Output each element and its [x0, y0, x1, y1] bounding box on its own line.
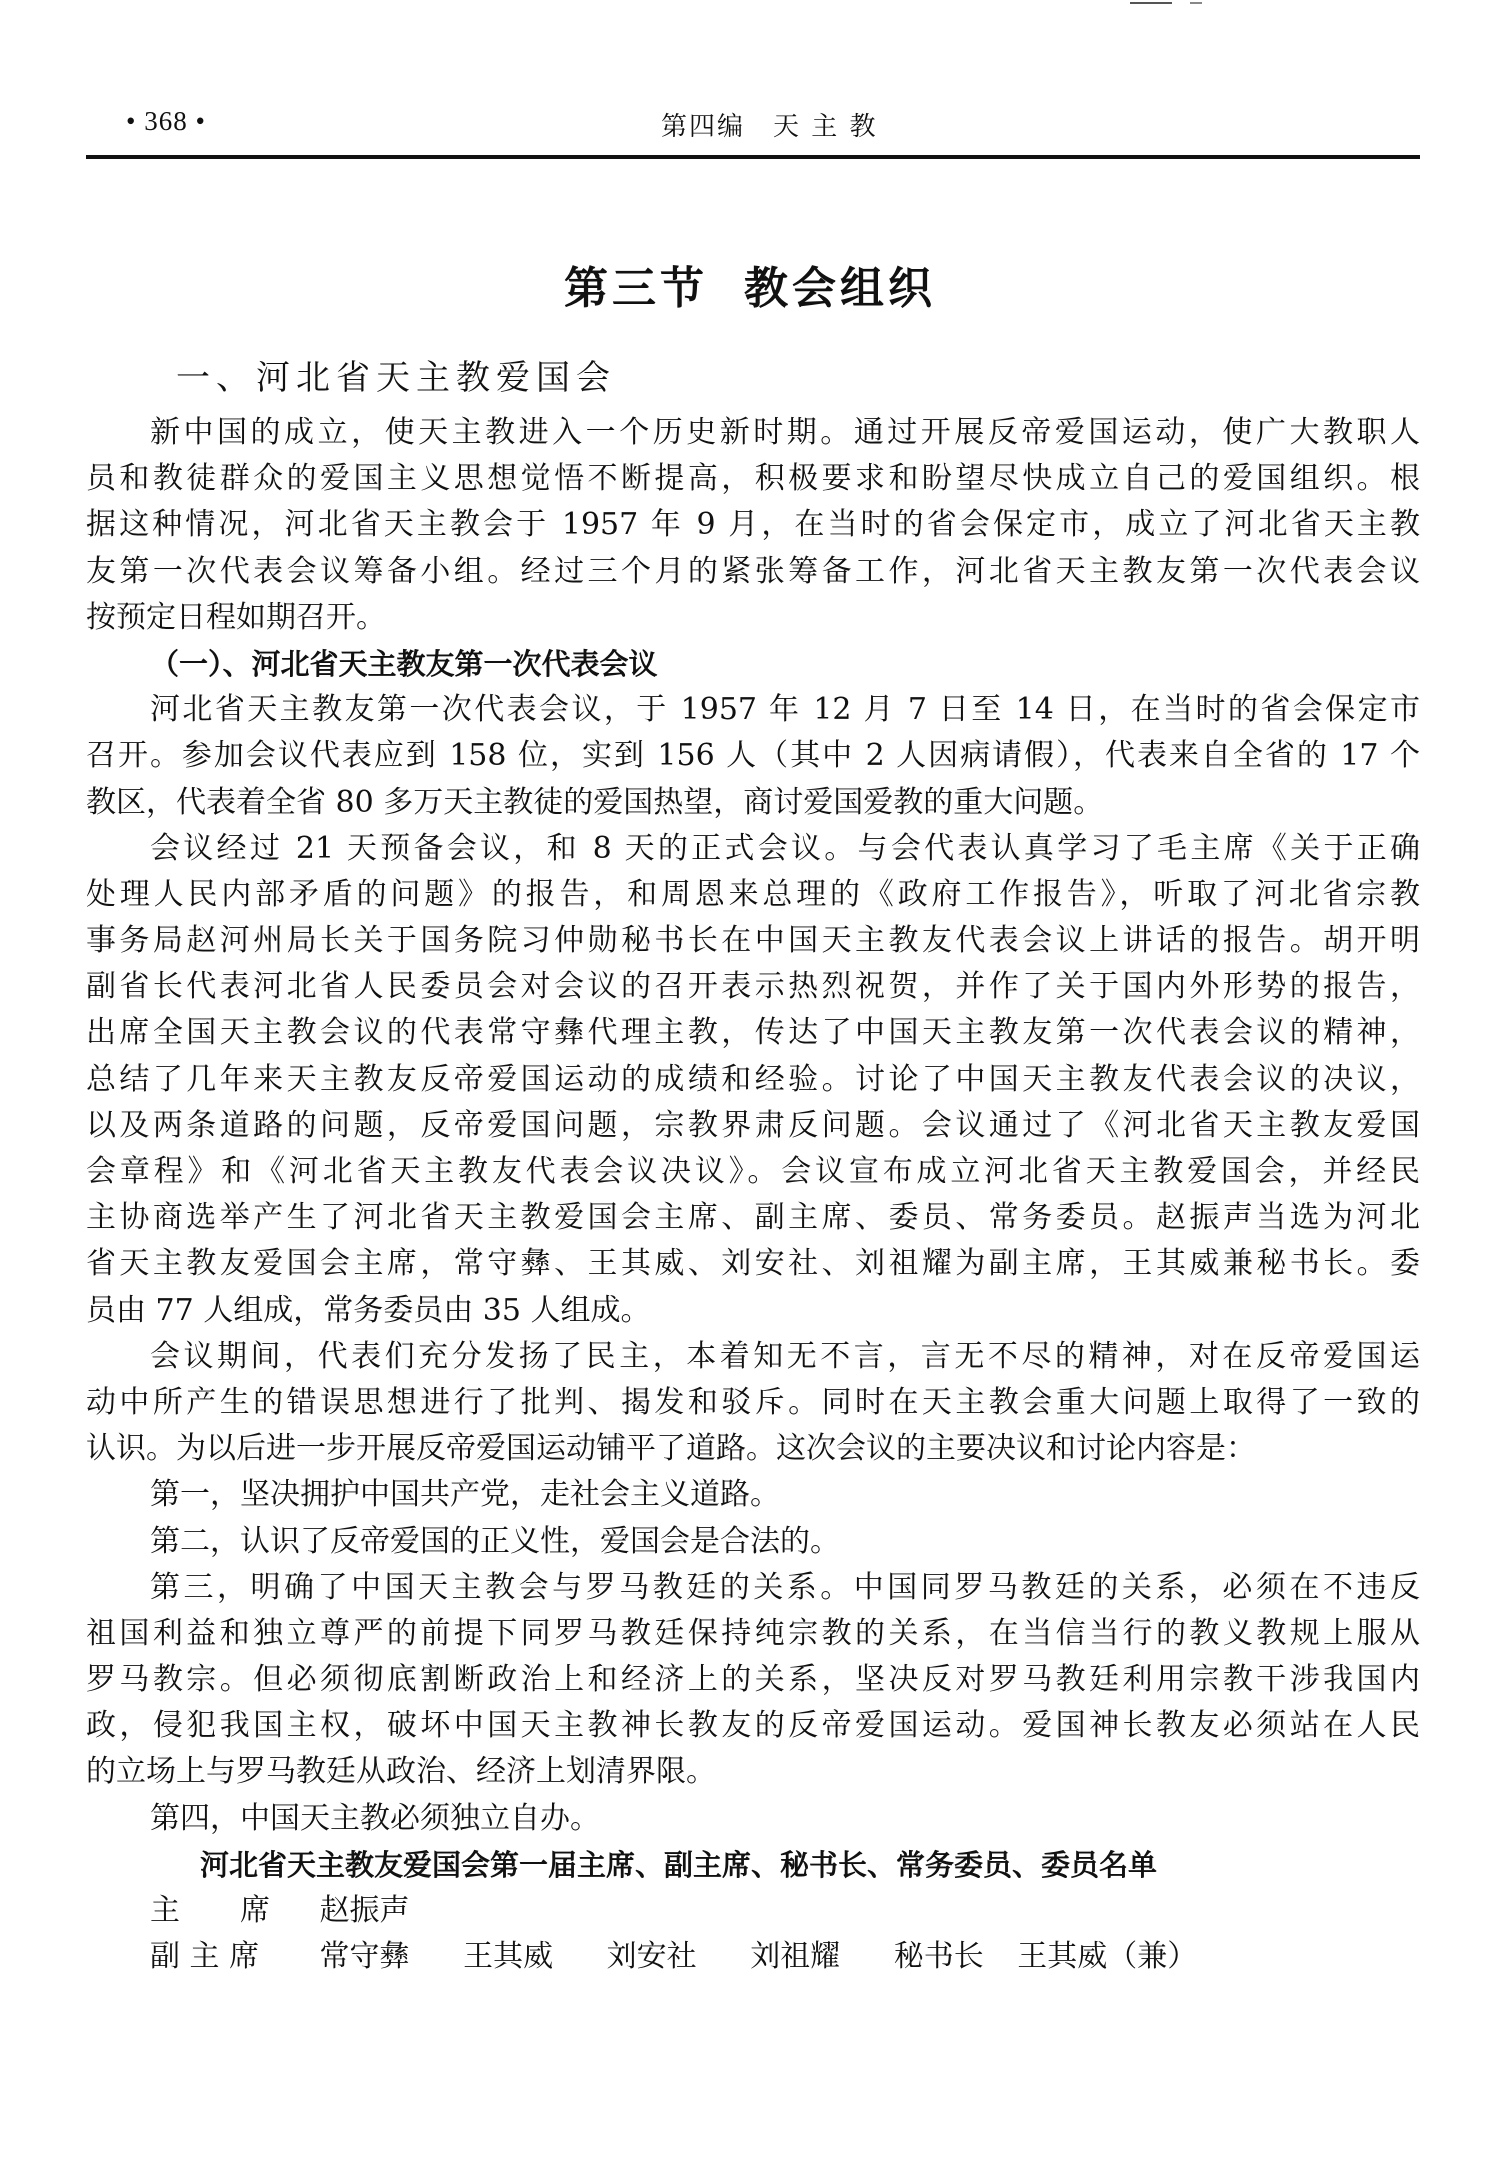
paragraph-line: 员和教徒群众的爱国主义思想觉悟不断提高，积极要求和盼望尽快成立自己的爱国组织。根	[86, 456, 1420, 502]
scan-artifact	[1190, 2, 1202, 4]
subsection-heading: 一、河北省天主教爱国会	[176, 350, 616, 399]
scan-artifact	[1130, 2, 1172, 4]
roster-name: 刘祖耀	[750, 1934, 840, 1980]
paragraph-line: 以及两条道路的问题，反帝爱国问题，宗教界肃反问题。会议通过了《河北省天主教友爱国	[86, 1103, 1420, 1149]
body-text: 新中国的成立，使天主教进入一个历史新时期。通过开展反帝爱国运动，使广大教职人 员…	[86, 410, 1420, 1980]
section-name: 教会组织	[744, 263, 936, 314]
roster-role: 主 席	[150, 1888, 310, 1934]
paragraph-line: 员由 77 人组成，常务委员由 35 人组成。	[86, 1288, 1420, 1334]
paragraph-line: 河北省天主教友第一次代表会议，于 1957 年 12 月 7 日至 14 日，在…	[86, 687, 1420, 733]
header-rule	[86, 155, 1420, 159]
resolution-item: 第三，明确了中国天主教会与罗马教廷的关系。中国同罗马教廷的关系，必须在不违反	[86, 1565, 1420, 1611]
resolution-line: 的立场上与罗马教廷从政治、经济上划清界限。	[86, 1749, 1420, 1795]
paragraph-line: 出席全国天主教会议的代表常守彝代理主教，传达了中国天主教友第一次代表会议的精神，	[86, 1010, 1420, 1056]
paragraph-line: 会章程》和《河北省天主教友代表会议决议》。会议宣布成立河北省天主教爱国会，并经民	[86, 1149, 1420, 1195]
page-number: • 368 •	[126, 106, 206, 137]
roster-row-chair: 主 席 赵振声	[86, 1888, 1420, 1934]
paragraph-line: 按预定日程如期召开。	[86, 595, 1420, 641]
paragraph-line: 会议经过 21 天预备会议，和 8 天的正式会议。与会代表认真学习了毛主席《关于…	[86, 826, 1420, 872]
paragraph-line: 认识。为以后进一步开展反帝爱国运动铺平了道路。这次会议的主要决议和讨论内容是：	[86, 1426, 1420, 1472]
roster-role: 副 主 席	[150, 1934, 310, 1980]
paragraph-line: 处理人民内部矛盾的问题》的报告，和周恩来总理的《政府工作报告》，听取了河北省宗教	[86, 872, 1420, 918]
roster-name: 常守彝	[320, 1934, 410, 1980]
roster-name: 刘安社	[607, 1934, 697, 1980]
paragraph-line: 总结了几年来天主教友反帝爱国运动的成绩和经验。讨论了中国天主教友代表会议的决议，	[86, 1057, 1420, 1103]
paragraph-line: 动中所产生的错误思想进行了批判、揭发和驳斥。同时在天主教会重大问题上取得了一致的	[86, 1380, 1420, 1426]
resolution-item: 第四，中国天主教必须独立自办。	[86, 1796, 1420, 1842]
resolution-line: 政，侵犯我国主权，破坏中国天主教神长教友的反帝爱国运动。爱国神长教友必须站在人民	[86, 1703, 1420, 1749]
roster-name: 赵振声	[320, 1888, 410, 1934]
paragraph-line: 友第一次代表会议筹备小组。经过三个月的紧张筹备工作，河北省天主教友第一次代表会议	[86, 549, 1420, 595]
roster-role: 秘书长	[894, 1934, 984, 1980]
paragraph-line: 主协商选举产生了河北省天主教爱国会主席、副主席、委员、常务委员。赵振声当选为河北	[86, 1195, 1420, 1241]
roster-name: 王其威	[463, 1934, 553, 1980]
resolution-item: 第一，坚决拥护中国共产党，走社会主义道路。	[86, 1472, 1420, 1518]
resolution-line: 罗马教宗。但必须彻底割断政治上和经济上的关系，坚决反对罗马教廷利用宗教干涉我国内	[86, 1657, 1420, 1703]
resolution-item: 第二，认识了反帝爱国的正义性，爱国会是合法的。	[86, 1519, 1420, 1565]
paragraph-line: 据这种情况，河北省天主教会于 1957 年 9 月，在当时的省会保定市，成立了河…	[86, 502, 1420, 548]
chapter-heading: 第四编 天 主 教	[661, 106, 878, 143]
section-title: 第三节教会组织	[0, 252, 1500, 316]
running-head: • 368 • 第四编 天 主 教	[86, 104, 1420, 144]
resolution-line: 祖国利益和独立尊严的前提下同罗马教廷保持纯宗教的关系，在当信当行的教义教规上服从	[86, 1611, 1420, 1657]
paragraph-line: 召开。参加会议代表应到 158 位，实到 156 人（其中 2 人因病请假），代…	[86, 733, 1420, 779]
paragraph-line: 新中国的成立，使天主教进入一个历史新时期。通过开展反帝爱国运动，使广大教职人	[86, 410, 1420, 456]
paragraph-line: 省天主教友爱国会主席，常守彝、王其威、刘安社、刘祖耀为副主席，王其威兼秘书长。委	[86, 1241, 1420, 1287]
section-number: 第三节	[564, 263, 708, 314]
document-page: • 368 • 第四编 天 主 教 第三节教会组织 一、河北省天主教爱国会 新中…	[0, 0, 1500, 2172]
paragraph-line: 副省长代表河北省人民委员会对会议的召开表示热烈祝贺，并作了关于国内外形势的报告，	[86, 964, 1420, 1010]
paragraph-line: 教区，代表着全省 80 多万天主教徒的爱国热望，商讨爱国爱教的重大问题。	[86, 780, 1420, 826]
roster-title: 河北省天主教友爱国会第一届主席、副主席、秘书长、常务委员、委员名单	[86, 1842, 1420, 1888]
paragraph-line: 事务局赵河州局长关于国务院习仲勋秘书长在中国天主教友代表会议上讲话的报告。胡开明	[86, 918, 1420, 964]
sub-heading: （一）、河北省天主教友第一次代表会议	[86, 641, 1420, 687]
roster-name: 王其威（兼）	[1017, 1934, 1197, 1980]
paragraph-line: 会议期间，代表们充分发扬了民主，本着知无不言，言无不尽的精神，对在反帝爱国运	[86, 1334, 1420, 1380]
roster-row-vice-chairs: 副 主 席 常守彝 王其威 刘安社 刘祖耀 秘书长 王其威（兼）	[86, 1934, 1420, 1980]
